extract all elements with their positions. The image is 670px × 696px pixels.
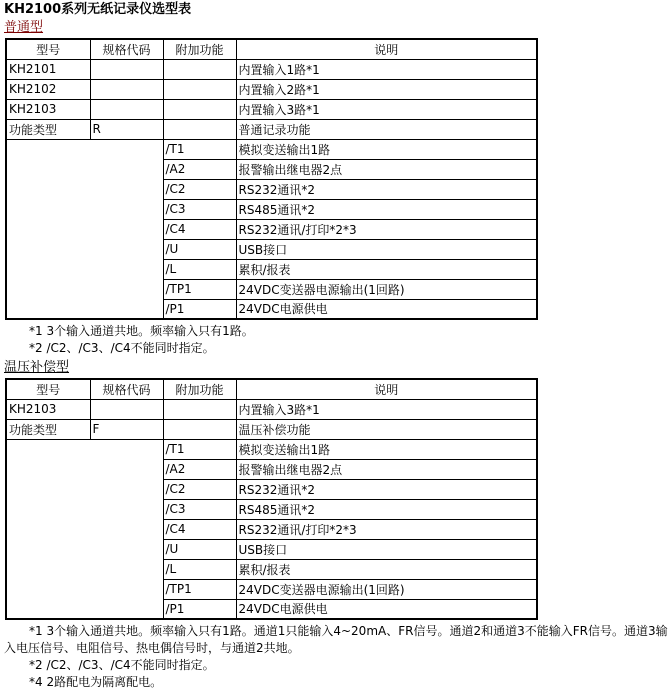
desc-cell: 24VDC电源供电	[236, 299, 537, 319]
table-row-model: KH2103 内置输入3路*1	[6, 99, 537, 119]
table-header-row: 型号 规格代码 附加功能 说明	[6, 39, 537, 59]
function-code-cell: R	[90, 119, 163, 139]
desc-cell: RS485通讯*2	[236, 199, 537, 219]
desc-cell: 模拟变送输出1路	[236, 439, 537, 459]
table-row-model: KH2102 内置输入2路*1	[6, 79, 537, 99]
addon-cell-empty	[163, 79, 236, 99]
function-type-label-cell: 功能类型	[6, 419, 90, 439]
desc-cell: 内置输入3路*1	[236, 99, 537, 119]
model-cell: KH2101	[6, 59, 90, 79]
desc-cell: 模拟变送输出1路	[236, 139, 537, 159]
model-cell: KH2102	[6, 79, 90, 99]
addon-cell-empty	[163, 59, 236, 79]
table-header-row: 型号 规格代码 附加功能 说明	[6, 379, 537, 399]
desc-cell: 内置输入2路*1	[236, 79, 537, 99]
addon-cell-empty	[163, 419, 236, 439]
addon-cell-empty	[163, 399, 236, 419]
section-heading-normal-type: 普通型	[4, 20, 668, 36]
addon-code-cell: /C2	[163, 179, 236, 199]
desc-cell: 内置输入1路*1	[236, 59, 537, 79]
addon-code-cell: /P1	[163, 599, 236, 619]
addon-code-cell: /C3	[163, 499, 236, 519]
addon-code-cell: /U	[163, 239, 236, 259]
desc-cell: 累积/报表	[236, 259, 537, 279]
col-header-addon-function: 附加功能	[163, 39, 236, 59]
function-code-cell: F	[90, 419, 163, 439]
spec-cell-empty	[90, 59, 163, 79]
addon-code-cell: /T1	[163, 139, 236, 159]
merged-empty-cell	[6, 139, 163, 319]
page-title: KH2100系列无纸记录仪选型表	[4, 2, 668, 18]
desc-cell: 24VDC变送器电源输出(1回路)	[236, 579, 537, 599]
addon-code-cell: /L	[163, 559, 236, 579]
col-header-model: 型号	[6, 39, 90, 59]
col-header-addon-function: 附加功能	[163, 379, 236, 399]
addon-code-cell: /T1	[163, 439, 236, 459]
table-row-model: KH2103 内置输入3路*1	[6, 399, 537, 419]
footnote: *2 /C2、/C3、/C4不能同时指定。	[4, 657, 668, 674]
desc-cell: USB接口	[236, 539, 537, 559]
model-cell: KH2103	[6, 399, 90, 419]
addon-code-cell: /C4	[163, 519, 236, 539]
desc-cell: 温压补偿功能	[236, 419, 537, 439]
spec-cell-empty	[90, 99, 163, 119]
col-header-spec-code: 规格代码	[90, 39, 163, 59]
addon-code-cell: /U	[163, 539, 236, 559]
footnote: *1 3个输入通道共地。频率输入只有1路。	[4, 323, 668, 340]
desc-cell: 累积/报表	[236, 559, 537, 579]
table-row-addon: /T1 模拟变送输出1路	[6, 139, 537, 159]
desc-cell: 报警输出继电器2点	[236, 459, 537, 479]
addon-code-cell: /C3	[163, 199, 236, 219]
addon-cell-empty	[163, 119, 236, 139]
merged-empty-cell	[6, 439, 163, 619]
selection-table-normal-type: 型号 规格代码 附加功能 说明 KH2101 内置输入1路*1 KH2102 内…	[5, 38, 538, 320]
table-row-addon: /T1 模拟变送输出1路	[6, 439, 537, 459]
desc-cell: RS485通讯*2	[236, 499, 537, 519]
addon-code-cell: /P1	[163, 299, 236, 319]
footnote: *2 /C2、/C3、/C4不能同时指定。	[4, 340, 668, 357]
page: KH2100系列无纸记录仪选型表 普通型 型号 规格代码 附加功能 说明 KH2…	[0, 0, 670, 696]
desc-cell: 24VDC变送器电源输出(1回路)	[236, 279, 537, 299]
section-heading-temp-pressure-type: 温压补偿型	[4, 360, 668, 376]
desc-cell: RS232通讯/打印*2*3	[236, 519, 537, 539]
function-type-label-cell: 功能类型	[6, 119, 90, 139]
model-cell: KH2103	[6, 99, 90, 119]
addon-code-cell: /TP1	[163, 579, 236, 599]
desc-cell: USB接口	[236, 239, 537, 259]
addon-code-cell: /C4	[163, 219, 236, 239]
addon-code-cell: /TP1	[163, 279, 236, 299]
addon-code-cell: /A2	[163, 459, 236, 479]
desc-cell: RS232通讯/打印*2*3	[236, 219, 537, 239]
addon-cell-empty	[163, 99, 236, 119]
spec-cell-empty	[90, 79, 163, 99]
addon-code-cell: /A2	[163, 159, 236, 179]
footnotes-temp-pressure-type: *1 3个输入通道共地。频率输入只有1路。通道1只能输入4~20mA、FR信号。…	[4, 623, 668, 691]
col-header-description: 说明	[236, 379, 537, 399]
col-header-description: 说明	[236, 39, 537, 59]
addon-code-cell: /C2	[163, 479, 236, 499]
desc-cell: RS232通讯*2	[236, 479, 537, 499]
footnote: *4 2路配电为隔离配电。	[4, 674, 668, 691]
desc-cell: 报警输出继电器2点	[236, 159, 537, 179]
col-header-model: 型号	[6, 379, 90, 399]
footnote: *1 3个输入通道共地。频率输入只有1路。通道1只能输入4~20mA、FR信号。…	[4, 623, 668, 657]
selection-table-temp-pressure-type: 型号 规格代码 附加功能 说明 KH2103 内置输入3路*1 功能类型 F 温…	[5, 378, 538, 620]
table-row-function-type: 功能类型 R 普通记录功能	[6, 119, 537, 139]
desc-cell: 24VDC电源供电	[236, 599, 537, 619]
desc-cell: 普通记录功能	[236, 119, 537, 139]
footnotes-normal-type: *1 3个输入通道共地。频率输入只有1路。 *2 /C2、/C3、/C4不能同时…	[4, 323, 668, 357]
table-row-model: KH2101 内置输入1路*1	[6, 59, 537, 79]
spec-cell-empty	[90, 399, 163, 419]
col-header-spec-code: 规格代码	[90, 379, 163, 399]
table-row-function-type: 功能类型 F 温压补偿功能	[6, 419, 537, 439]
addon-code-cell: /L	[163, 259, 236, 279]
desc-cell: RS232通讯*2	[236, 179, 537, 199]
desc-cell: 内置输入3路*1	[236, 399, 537, 419]
